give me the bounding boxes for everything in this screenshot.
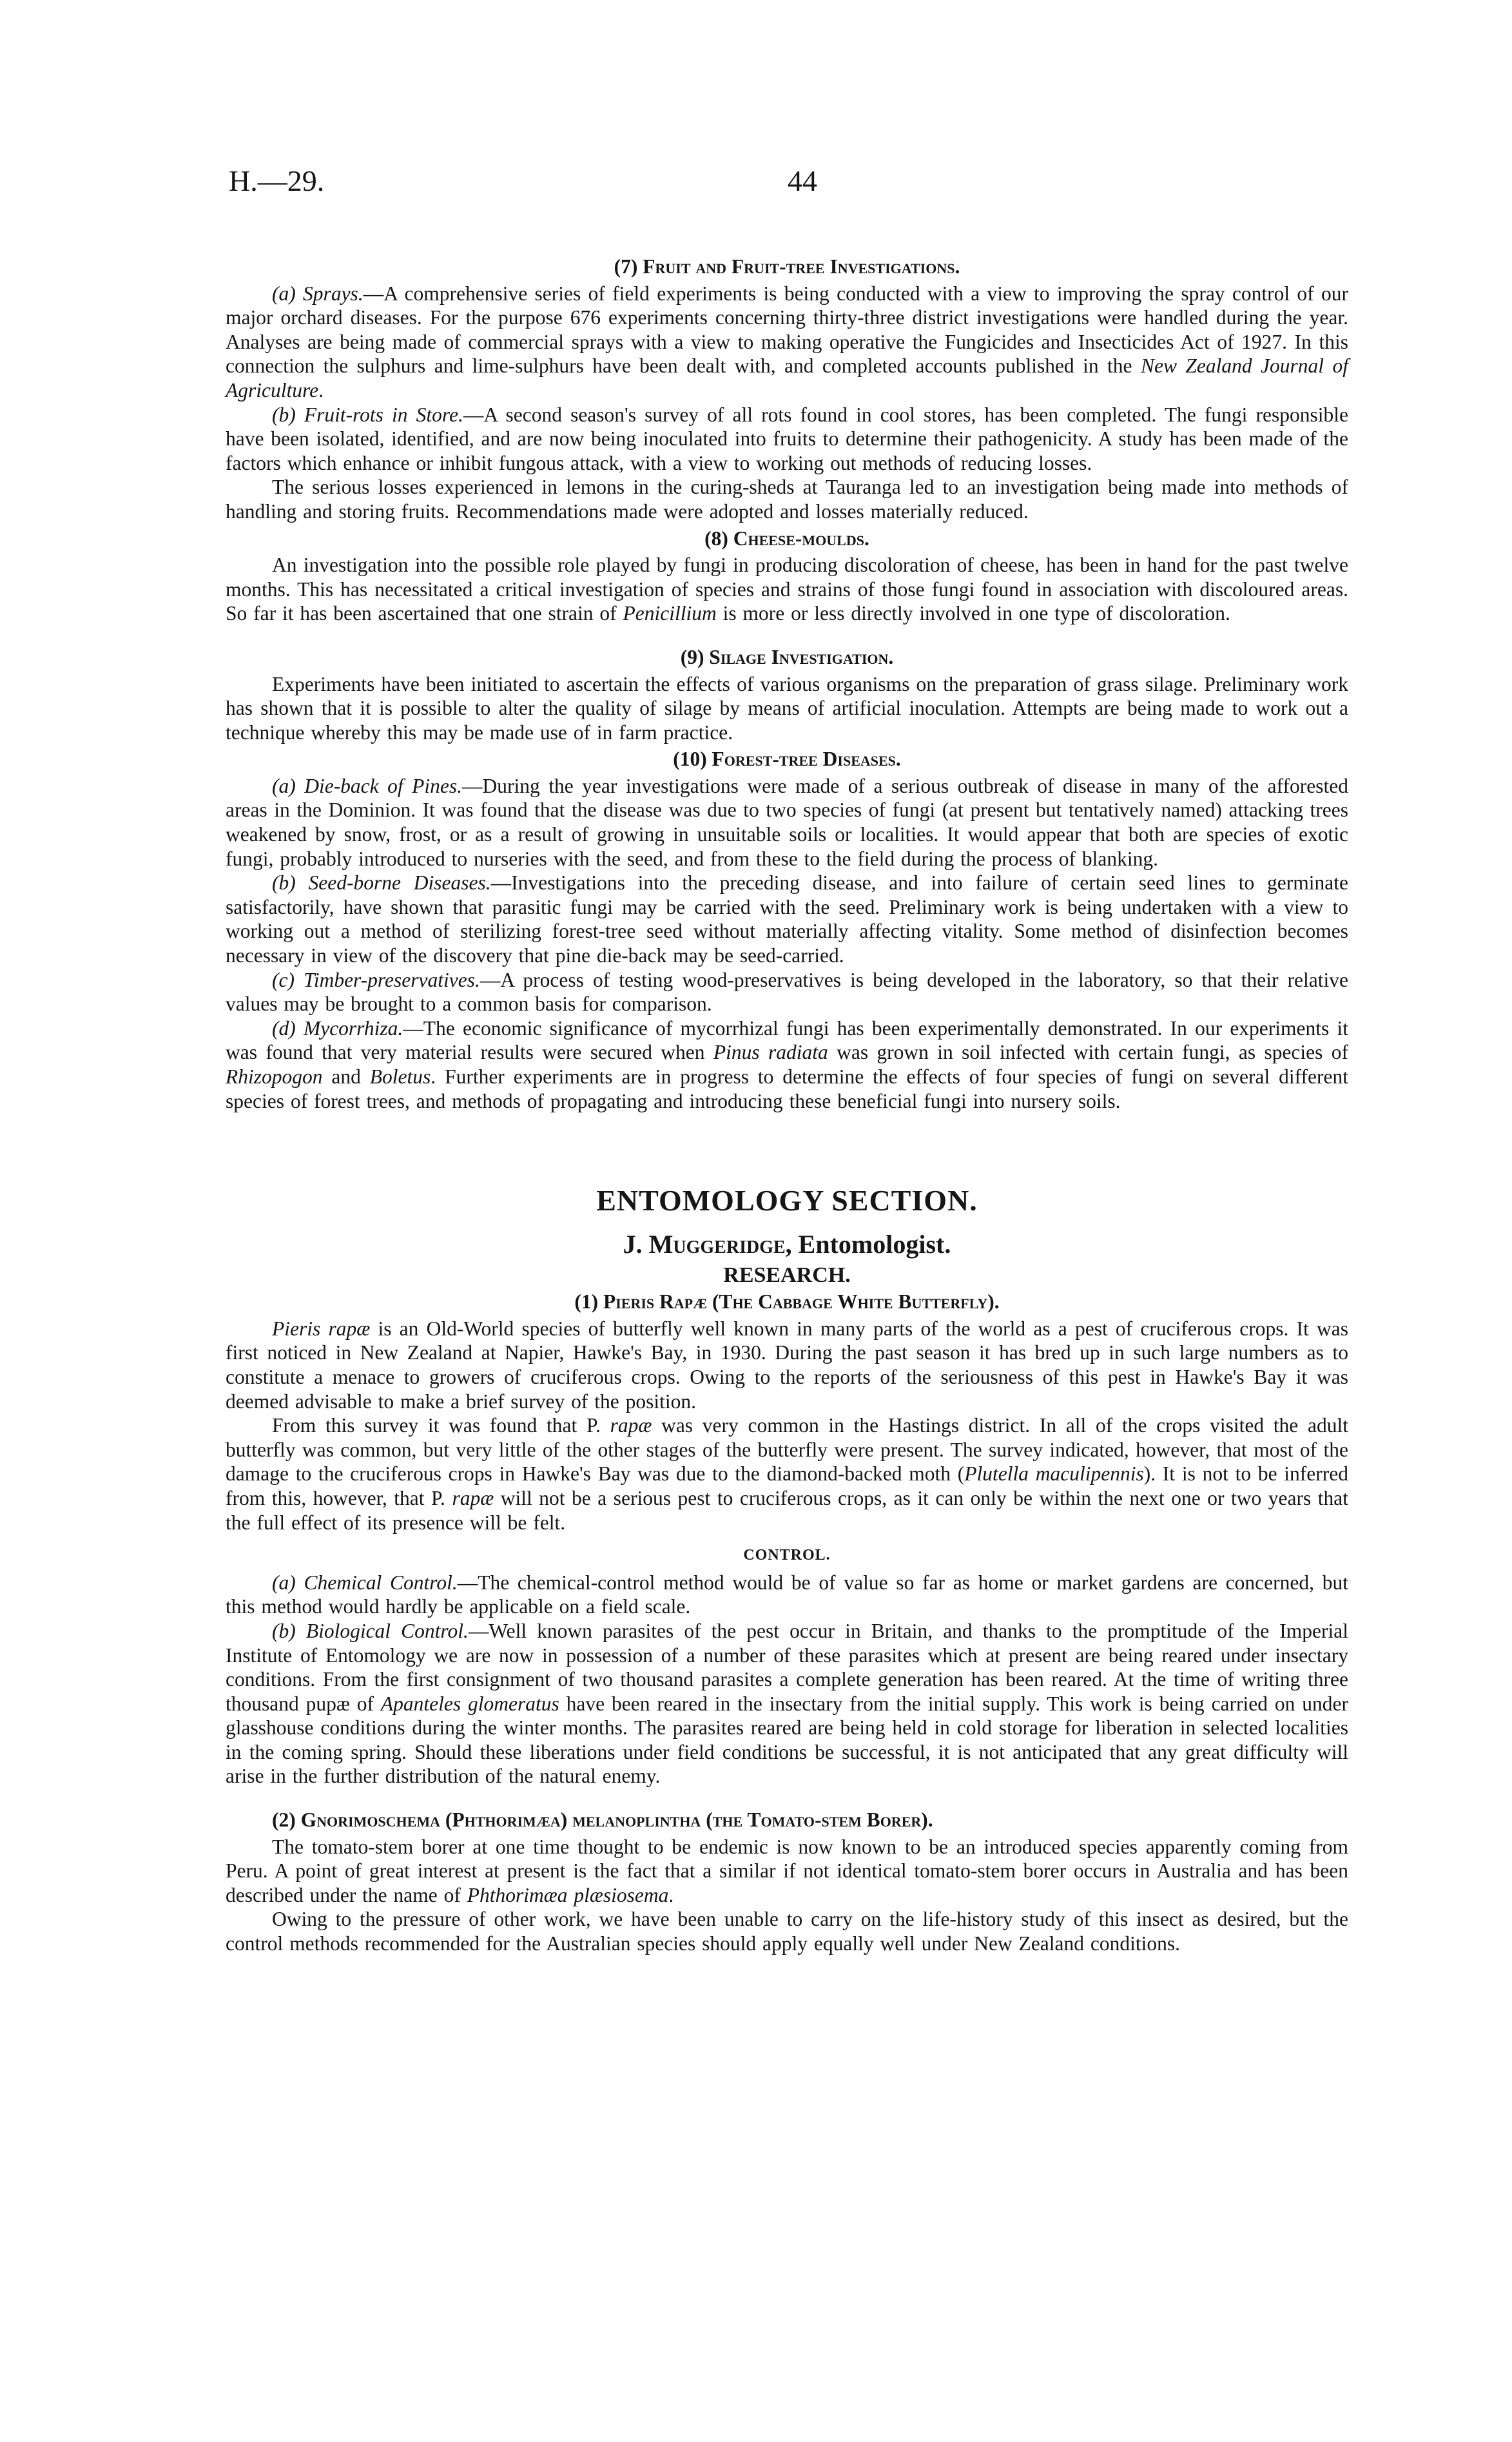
author-initial: J. — [623, 1230, 649, 1259]
para-chemical-control: (a) Chemical Control.—The chemical-contr… — [226, 1571, 1348, 1619]
text-column: (7) Fruit and Fruit-tree Investigations.… — [226, 255, 1348, 1956]
text-run: and — [323, 1065, 370, 1088]
heading-tomato-stem-borer: (2) Gnorimoschema (Phthorimæa) melanopli… — [226, 1808, 1348, 1832]
para-biological-control: (b) Biological Control.—Well known paras… — [226, 1619, 1348, 1788]
italic-run: Phthorimæa plæsiosema — [467, 1884, 669, 1906]
italic-run: rapæ — [452, 1487, 494, 1509]
para-mycorrhiza: (d) Mycorrhiza.—The economic significanc… — [226, 1016, 1348, 1113]
text-run: . — [318, 379, 324, 402]
para-pieris-intro: Pieris rapæ is an Old-World species of b… — [226, 1317, 1348, 1413]
author-line: J. Muggeridge, Entomologist. — [226, 1228, 1348, 1261]
italic-run: (a) Chemical Control. — [272, 1571, 458, 1594]
italic-run: Pieris rapæ — [272, 1317, 370, 1340]
para-sprays: (a) Sprays.—A comprehensive series of fi… — [226, 282, 1348, 403]
author-name: Muggeridge — [649, 1230, 786, 1259]
heading-silage: (9) Silage Investigation. — [226, 645, 1348, 670]
document-page: H.—29. 44 (7) Fruit and Fruit-tree Inves… — [0, 0, 1512, 2442]
para-seed-borne: (b) Seed-borne Diseases.—Investigations … — [226, 871, 1348, 967]
italic-run: rapæ — [610, 1414, 652, 1437]
italic-run: (b) Fruit-rots in Store. — [272, 403, 463, 426]
text-run: The tomato-stem borer at one time though… — [226, 1836, 1348, 1906]
para-pieris-survey: From this survey it was found that P. ra… — [226, 1413, 1348, 1535]
heading-pieris-rapae: (1) Pieris Rapæ (The Cabbage White Butte… — [226, 1290, 1348, 1314]
italic-run: (a) Sprays. — [272, 282, 363, 305]
heading-forest-tree-diseases: (10) Forest-tree Diseases. — [226, 747, 1348, 771]
author-role: , Entomologist. — [786, 1230, 951, 1259]
document-code: H.—29. — [229, 166, 324, 196]
heading-cheese-moulds: (8) Cheese-moulds. — [226, 527, 1348, 551]
heading-control: CONTROL. — [226, 1544, 1348, 1568]
italic-run: (b) Biological Control. — [272, 1620, 469, 1642]
text-run: . — [668, 1884, 674, 1906]
text-run: is more or less directly involved in one… — [717, 602, 1230, 625]
text-run: was grown in soil infected with certain … — [828, 1041, 1348, 1063]
heading-fruit-investigations: (7) Fruit and Fruit-tree Investigations. — [226, 255, 1348, 279]
italic-run: (a) Die-back of Pines. — [272, 775, 462, 797]
para-die-back: (a) Die-back of Pines.—During the year i… — [226, 774, 1348, 871]
page-number: 44 — [788, 166, 817, 196]
text-run: is an Old-World species of butterfly wel… — [226, 1317, 1348, 1413]
text-run: The serious losses experienced in lemons… — [226, 476, 1348, 523]
italic-run: Rhizopogon — [226, 1065, 323, 1088]
text-run: Owing to the pressure of other work, we … — [226, 1908, 1348, 1955]
para-silage: Experiments have been initiated to ascer… — [226, 672, 1348, 745]
italic-run: Plutella maculipennis — [964, 1462, 1143, 1485]
text-run: From this survey it was found that P. — [272, 1414, 610, 1437]
heading-research: RESEARCH. — [226, 1261, 1348, 1290]
italic-run: Apanteles glomeratus — [381, 1692, 559, 1715]
italic-run: (c) Timber-preservatives. — [272, 969, 480, 991]
para-tomato-intro: The tomato-stem borer at one time though… — [226, 1835, 1348, 1908]
section-title-entomology: ENTOMOLOGY SECTION. — [226, 1183, 1348, 1219]
para-tomato-control: Owing to the pressure of other work, we … — [226, 1907, 1348, 1955]
italic-run: Pinus radiata — [713, 1041, 828, 1063]
para-fruit-rots: (b) Fruit-rots in Store.—A second season… — [226, 403, 1348, 476]
italic-run: Boletus — [370, 1065, 431, 1088]
para-lemons: The serious losses experienced in lemons… — [226, 475, 1348, 523]
para-cheese: An investigation into the possible role … — [226, 553, 1348, 626]
italic-run: Penicillium — [623, 602, 717, 625]
italic-run: (b) Seed-borne Diseases. — [272, 871, 491, 894]
italic-run: (d) Mycorrhiza. — [272, 1017, 403, 1040]
para-timber: (c) Timber-preservatives.—A process of t… — [226, 968, 1348, 1016]
text-run: Experiments have been initiated to ascer… — [226, 673, 1348, 744]
